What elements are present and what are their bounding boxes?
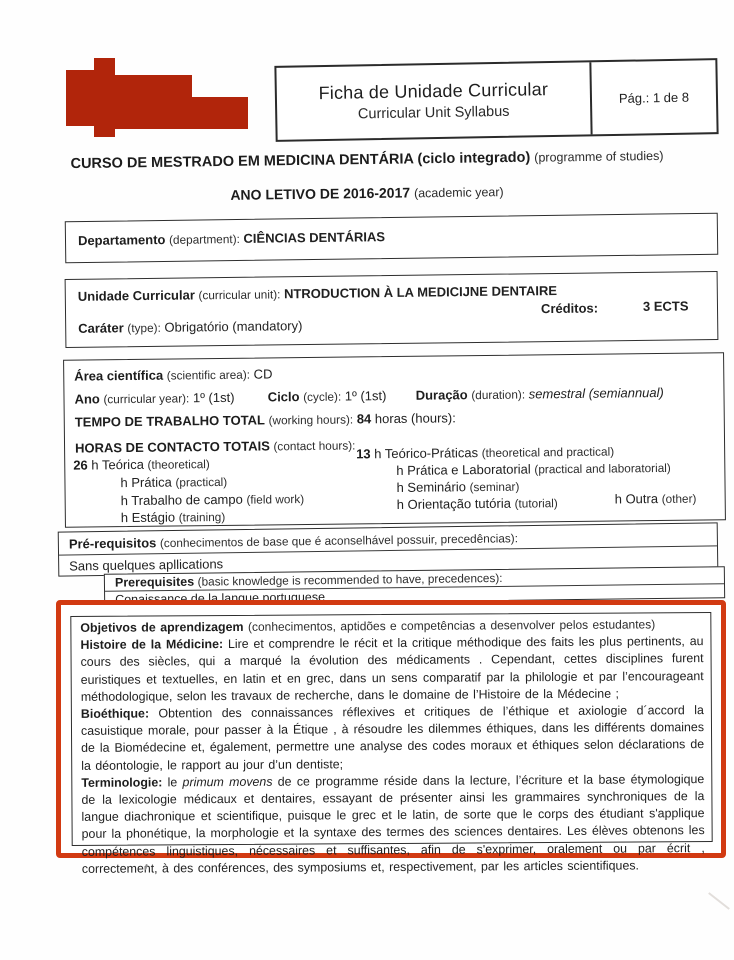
working-hours-value: 84 (357, 411, 372, 426)
document-title-en: Curricular Unit Syllabus (358, 104, 510, 123)
objectives-paragraph-histoire: Histoire de la Médicine: Lire et compren… (80, 633, 703, 706)
curricular-year-value: 1º (1st) (193, 390, 235, 405)
curricular-year-label-en: (curricular year): (103, 391, 189, 406)
header-title-cell: Ficha de Unidade Curricular Curricular U… (276, 62, 590, 139)
contact-type-label: h Trabalho de campo (121, 492, 243, 508)
academic-year-pt: ANO LETIVO DE 2016-2017 (230, 184, 410, 203)
header-box: Ficha de Unidade Curricular Curricular U… (274, 58, 718, 142)
contact-hours-label: HORAS DE CONTACTO TOTAIS (75, 438, 270, 455)
objectives-label: Objetivos de aprendizagem (80, 620, 243, 635)
hours-value: 13 (356, 446, 371, 461)
duration-label: Duração (416, 387, 468, 403)
unit-line: Unidade Curricular (curricular unit): NT… (78, 283, 557, 304)
contact-row-seminario: h Seminário (seminar) (396, 479, 519, 495)
contact-type-label: h Teórica (91, 457, 144, 473)
contact-row-campo: h Trabalho de campo (field work) (121, 491, 305, 508)
prerequisites-en-label-en: (basic knowledge is recommended to have,… (198, 571, 503, 589)
cycle-label-en: (cycle): (303, 390, 341, 404)
cycle-label: Ciclo (268, 389, 300, 404)
duration-value: semestral (semiannual) (529, 385, 664, 402)
objectives-paragraph-bioethique: Bioéthique: Obtention des connaissances … (81, 702, 704, 775)
hours-value: 26 (73, 457, 88, 472)
page-number: Pág.: 1 de 8 (619, 89, 689, 105)
contact-type-label: h Outra (615, 491, 659, 506)
prerequisites-pt-label: Pré-requisitos (69, 535, 157, 551)
scientific-area-line: Área científica (scientific area): CD (74, 366, 272, 383)
contact-row-teorico-praticas: 13 h Teórico-Práticas (theoretical and p… (356, 444, 614, 462)
scanned-syllabus-page: Ficha de Unidade Curricular Curricular U… (0, 0, 734, 960)
type-value: Obrigatório (mandatory) (164, 318, 302, 335)
paragraph-lead: Terminologie: (81, 775, 162, 789)
unit-value: NTRODUCTION À LA MEDICIJNE DENTAIRE (284, 283, 557, 301)
contact-type-label: h Estágio (121, 509, 175, 525)
paragraph-lead: Histoire de la Médicine: (80, 637, 223, 652)
year-cycle-duration-line: Ano (curricular year): 1º (1st) Ciclo (c… (74, 385, 663, 407)
working-hours-line: TEMPO DE TRABALHO TOTAL (working hours):… (75, 410, 456, 429)
prerequisites-en-label: Prerequisites (115, 575, 194, 590)
document-title-pt: Ficha de Unidade Curricular (318, 79, 548, 104)
working-hours-suffix: horas (hours): (375, 410, 456, 426)
working-hours-label-en: (working hours): (269, 412, 354, 427)
contact-type-label-en: (field work) (246, 492, 304, 507)
credits-label: Créditos: (541, 300, 598, 316)
type-line: Caráter (type): Obrigatório (mandatory) (78, 318, 302, 336)
contact-type-label: h Prática e Laboratorial (396, 461, 531, 478)
paragraph-text: Obtention des connaissances réflexives e… (81, 703, 704, 772)
contact-type-label: h Prática (120, 475, 171, 491)
contact-row-pratica: h Prática (practical) (120, 474, 227, 490)
academic-year-title: ANO LETIVO DE 2016-2017 (academic year) (0, 180, 734, 206)
paragraph-italic-text: primum movens (182, 775, 272, 790)
department-box: Departamento (department): CIÊNCIAS DENT… (65, 213, 718, 264)
contact-type-label-en: (other) (662, 492, 697, 506)
department-value: CIÊNCIAS DENTÁRIAS (243, 229, 385, 246)
cycle-value: 1º (1st) (345, 388, 387, 403)
redaction-block (115, 97, 248, 129)
duration-label-en: (duration): (471, 388, 525, 403)
department-label-en: (department): (169, 232, 240, 247)
scientific-area-box: Área científica (scientific area): CD An… (63, 352, 726, 527)
curricular-unit-box: Unidade Curricular (curricular unit): NT… (65, 271, 719, 348)
credits-value: 3 ECTS (643, 298, 689, 314)
course-title-pt: CURSO DE MESTRADO EM MEDICINA DENTÁRIA (… (70, 150, 530, 172)
department-label: Departamento (78, 232, 166, 248)
scan-scratch (708, 892, 730, 910)
unit-label: Unidade Curricular (78, 287, 195, 303)
contact-type-label: h Seminário (396, 479, 466, 495)
contact-row-pratica-laboratorial: h Prática e Laboratorial (practical and … (396, 460, 671, 478)
redaction-block (66, 70, 95, 126)
contact-type-label-en: (training) (179, 510, 226, 525)
unit-label-en: (curricular unit): (198, 287, 280, 302)
contact-hours-label-en: (contact hours): (273, 438, 355, 453)
curricular-year-label: Ano (74, 391, 99, 406)
type-label-en: (type): (127, 321, 161, 335)
paragraph-lead: Bioéthique: (81, 706, 149, 720)
contact-type-label-en: (seminar) (469, 480, 519, 495)
contact-type-label-en: (theoretical and practical) (482, 445, 615, 461)
redaction-block (94, 58, 115, 137)
academic-year-en: (academic year) (414, 185, 504, 200)
contact-type-label-en: (theoretical) (147, 457, 209, 472)
red-annotation-highlight: Objetivos de aprendizagem (conhecimentos… (56, 600, 726, 858)
page-number-cell: Pág.: 1 de 8 (589, 60, 716, 134)
prerequisites-pt-label-en: (conhecimentos de base que é aconselháve… (160, 531, 518, 550)
contact-row-estagio: h Estágio (training) (121, 509, 226, 525)
type-label: Caráter (78, 320, 124, 336)
course-title: CURSO DE MESTRADO EM MEDICINA DENTÁRIA (… (0, 147, 734, 173)
contact-type-label-en: (practical and laboratorial) (534, 461, 671, 477)
scientific-area-value: CD (254, 366, 273, 381)
contact-type-label: h Orientação tutória (397, 496, 511, 512)
objectives-paragraph-terminologie: Terminologie: le primum movens de ce pro… (81, 771, 705, 878)
contact-type-label-en: (practical) (175, 475, 227, 490)
contact-type-label-en: (tutorial) (514, 496, 557, 510)
learning-objectives-box: Objetivos de aprendizagem (conhecimentos… (70, 612, 712, 846)
objectives-label-en: (conhecimentos, aptidões e competências … (248, 617, 655, 633)
course-title-en: (programme of studies) (534, 149, 663, 165)
contact-row-orientacao: h Orientação tutória (tutorial) (397, 495, 558, 512)
contact-row-teorica: 26 h Teórica (theoretical) (73, 456, 210, 473)
working-hours-label: TEMPO DE TRABALHO TOTAL (75, 412, 265, 429)
scientific-area-label-en: (scientific area): (167, 368, 250, 383)
paragraph-text: le (162, 775, 182, 789)
scientific-area-label: Área científica (74, 368, 163, 384)
contact-hours-line: HORAS DE CONTACTO TOTAIS (contact hours)… (75, 437, 356, 455)
contact-type-label: h Teórico-Práticas (374, 445, 478, 461)
contact-row-outra: h Outra (other) (615, 491, 697, 507)
